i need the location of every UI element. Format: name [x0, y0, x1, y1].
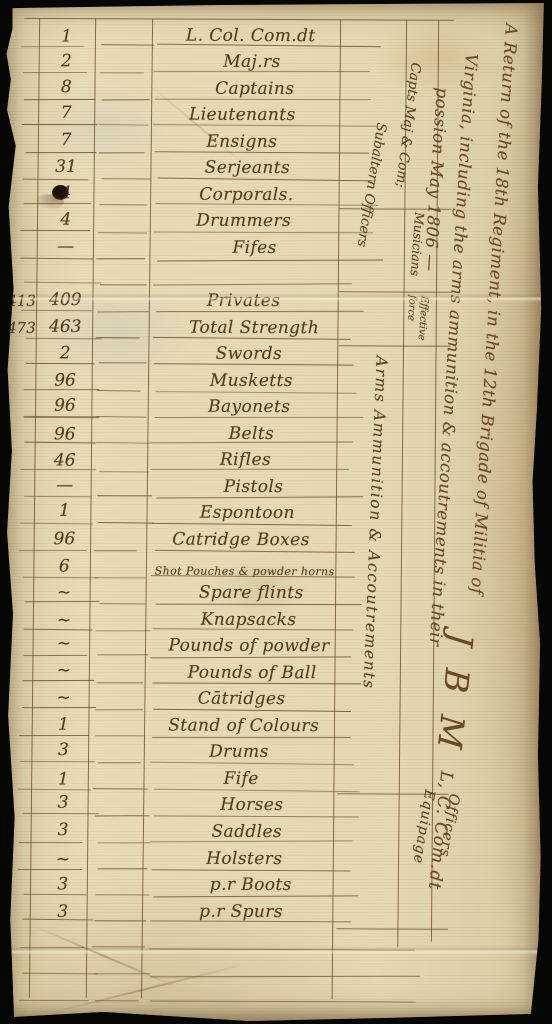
item-label: Fifes [163, 237, 347, 258]
table-row: 96Musketts [7, 365, 547, 394]
row-rule [96, 894, 150, 896]
row-rule [22, 972, 98, 974]
table-row: 96Bayonets [6, 392, 546, 421]
quantity-value: 96 [37, 396, 92, 416]
table-row: 3p.r Boots [4, 869, 544, 898]
table-row: 3Saddles [5, 816, 545, 845]
fold-crease [6, 293, 546, 302]
item-label: Swords [157, 344, 341, 365]
paper-sheet: 1L. Col. Com.dt2Maj.rs8Captains7Lieutena… [6, 3, 546, 1021]
quantity-value: 96 [38, 370, 93, 390]
row-rule [22, 707, 96, 709]
row-rule [98, 655, 149, 657]
quantity-value: 7 [39, 130, 94, 150]
table-row: ~Holsters [4, 843, 544, 872]
table-rows: 1L. Col. Com.dt2Maj.rs8Captains7Lieutena… [8, 2, 548, 4]
item-label: Knapsacks [156, 609, 340, 630]
item-label: Ensigns [150, 131, 334, 152]
quantity-value: ~ [35, 849, 90, 869]
item-label: Catridge Boxes [149, 529, 333, 550]
row-rule [150, 1001, 416, 1004]
item-label: Corporals. [154, 184, 338, 205]
row-rule [19, 999, 89, 1001]
quantity-value: ~ [36, 660, 91, 680]
table-row: 96Belts [6, 418, 546, 447]
margin-correction-value: 473 [7, 318, 36, 336]
item-label: Cātridges [150, 689, 334, 710]
quantity-value: 3 [36, 740, 91, 760]
quantity-value: 3 [35, 874, 90, 894]
quantity-value: 31 [38, 157, 93, 177]
item-label: p.r Spurs [149, 901, 333, 922]
row-rule [23, 813, 99, 815]
row-rule [98, 362, 146, 364]
quantity-value: 1 [37, 501, 92, 521]
ink-blot [52, 185, 69, 200]
item-label: Fife [149, 768, 333, 789]
item-label: Maj.rs [160, 52, 344, 73]
item-label: Spare flints [159, 583, 343, 604]
item-label: Drums [147, 742, 331, 763]
quantity-value: 1 [36, 769, 91, 789]
table-row: 1Espontoon [6, 498, 546, 527]
quantity-value: 2 [38, 343, 93, 363]
item-label: Bayonets [157, 397, 341, 418]
quantity-value: 4 [38, 210, 93, 230]
quantity-value: 7 [39, 103, 94, 123]
item-label: Captains [163, 78, 347, 99]
row-rule [22, 680, 94, 682]
table-row: 473463Total Strength [7, 312, 547, 341]
item-label: p.r Boots [159, 875, 343, 896]
table-row: 2Swords [7, 338, 547, 367]
row-rule [24, 282, 101, 284]
quantity-value: ~ [36, 688, 91, 708]
item-label: Stand of Colours [152, 715, 336, 736]
table-row: 3p.r Spurs [4, 896, 544, 925]
table-row: —Pistols [6, 471, 546, 500]
quantity-value: 46 [37, 451, 92, 471]
quantity-value: — [38, 236, 93, 256]
quantity-value: 3 [36, 793, 91, 813]
quantity-value: 3 [36, 820, 91, 840]
quantity-value: ~ [36, 634, 91, 654]
item-label: Total Strength [162, 317, 346, 338]
item-label: Pounds of powder [157, 636, 341, 657]
item-label: Pounds of Ball [160, 662, 344, 683]
table-row: 96Catridge Boxes [6, 524, 546, 553]
item-label: Saddles [155, 822, 339, 843]
item-label: Espontoon [155, 503, 339, 524]
item-label: Rifles [153, 450, 337, 471]
screenshot-root: { "palette": { "background": "#060604", … [0, 0, 552, 1024]
row-rule [94, 920, 146, 922]
quantity-value: 1 [39, 26, 94, 46]
signature-rank: L, C. Com.dt [424, 770, 456, 891]
quantity-value: 6 [37, 556, 92, 576]
quantity-value: ~ [36, 610, 91, 630]
column-header-effective-force: Effective force [402, 295, 430, 349]
quantity-value: — [37, 475, 92, 495]
table-row: 6Shot Pouches & powder horns [6, 551, 546, 580]
quantity-value: 96 [37, 529, 92, 549]
quantity-value: ~ [37, 583, 92, 603]
table-row: ~Knapsacks [5, 604, 545, 633]
table-row: ~Spare flints [6, 577, 546, 606]
item-label: Pistols [161, 476, 345, 497]
quantity-value: 463 [38, 316, 93, 336]
row-rule [101, 44, 154, 46]
quantity-value: 1 [36, 714, 91, 734]
item-label: Drummers [152, 211, 336, 232]
row-rule [97, 496, 152, 498]
row-rule [20, 760, 95, 762]
item-label: Serjeants [155, 158, 339, 179]
quantity-value: 2 [39, 51, 94, 71]
item-label: Horses [160, 795, 344, 816]
quantity-value: 8 [39, 77, 94, 97]
table-row: 1L. Col. Com.dt [8, 20, 548, 49]
table-row [4, 976, 544, 1005]
item-label: Musketts [159, 370, 343, 391]
item-label: L. Col. Com.dt [159, 25, 343, 46]
row-rule [97, 442, 151, 444]
table-row: 46Rifles [6, 445, 546, 474]
row-rule [25, 363, 94, 365]
row-rule [150, 920, 351, 922]
item-label: Holsters [152, 848, 336, 869]
